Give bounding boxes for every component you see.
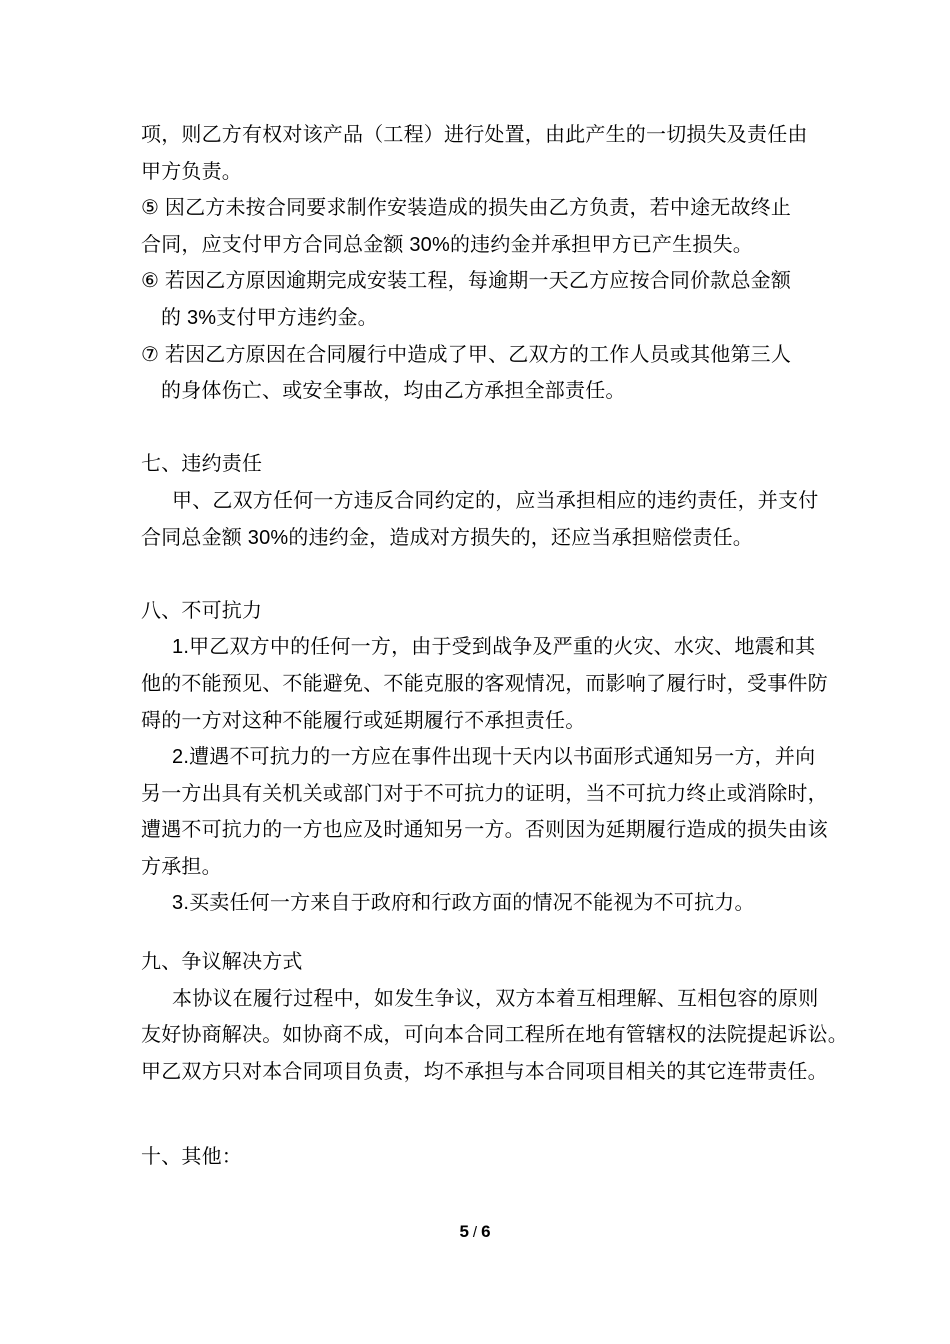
text-line: 合同总金额 30%的违约金，造成对方损失的，还应当承担赔偿责任。: [141, 520, 831, 557]
text-line: 甲乙双方只对本合同项目负责，均不承担与本合同项目相关的其它连带责任。: [141, 1054, 831, 1091]
text-line: 的 3%支付甲方违约金。: [141, 300, 831, 337]
text-line: 他的不能预见、不能避免、不能克服的客观情况，而影响了履行时，受事件防: [141, 666, 831, 703]
text-line: 甲、乙双方任何一方违反合同约定的，应当承担相应的违约责任，并支付: [141, 483, 831, 520]
text-line: 2.遭遇不可抗力的一方应在事件出现十天内以书面形式通知另一方，并向: [141, 739, 831, 776]
page-total: 6: [481, 1222, 490, 1241]
text-line: ⑤ 因乙方未按合同要求制作安装造成的损失由乙方负责，若中途无故终止: [141, 190, 831, 227]
blank-line: [141, 1090, 831, 1139]
text-line: 甲方负责。: [141, 154, 831, 191]
text-line: 本协议在履行过程中，如发生争议，双方本着互相理解、互相包容的原则: [141, 981, 831, 1018]
text-line: 项，则乙方有权对该产品（工程）进行处置，由此产生的一切损失及责任由: [141, 117, 831, 154]
blank-line: [141, 556, 831, 593]
text-line: ⑦ 若因乙方原因在合同履行中造成了甲、乙双方的工作人员或其他第三人: [141, 337, 831, 374]
blank-line: [141, 922, 831, 944]
section-heading: 八、不可抗力: [141, 593, 831, 630]
document-page: 项，则乙方有权对该产品（工程）进行处置，由此产生的一切损失及责任由甲方负责。⑤ …: [0, 0, 950, 1344]
section-heading: 九、争议解决方式: [141, 944, 831, 981]
page-current: 5: [459, 1222, 468, 1241]
text-line: 遭遇不可抗力的一方也应及时通知另一方。否则因为延期履行造成的损失由该: [141, 812, 831, 849]
page-number: 5/6: [0, 1222, 950, 1242]
text-line: 1.甲乙双方中的任何一方，由于受到战争及严重的火灾、水灾、地震和其: [141, 629, 831, 666]
text-line: 3.买卖任何一方来自于政府和行政方面的情况不能视为不可抗力。: [141, 885, 831, 922]
blank-line: [141, 410, 831, 447]
text-line: 另一方出具有关机关或部门对于不可抗力的证明，当不可抗力终止或消除时，: [141, 776, 831, 813]
document-body: 项，则乙方有权对该产品（工程）进行处置，由此产生的一切损失及责任由甲方负责。⑤ …: [141, 117, 831, 1176]
section-heading: 十、其他：: [141, 1139, 831, 1176]
text-line: 方承担。: [141, 849, 831, 886]
text-line: 合同，应支付甲方合同总金额 30%的违约金并承担甲方已产生损失。: [141, 227, 831, 264]
text-line: 碍的一方对这种不能履行或延期履行不承担责任。: [141, 703, 831, 740]
page-separator: /: [473, 1224, 477, 1241]
text-line: ⑥ 若因乙方原因逾期完成安装工程，每逾期一天乙方应按合同价款总金额: [141, 263, 831, 300]
section-heading: 七、违约责任: [141, 446, 831, 483]
text-line: 友好协商解决。如协商不成，可向本合同工程所在地有管辖权的法院提起诉讼。: [141, 1017, 831, 1054]
text-line: 的身体伤亡、或安全事故，均由乙方承担全部责任。: [141, 373, 831, 410]
